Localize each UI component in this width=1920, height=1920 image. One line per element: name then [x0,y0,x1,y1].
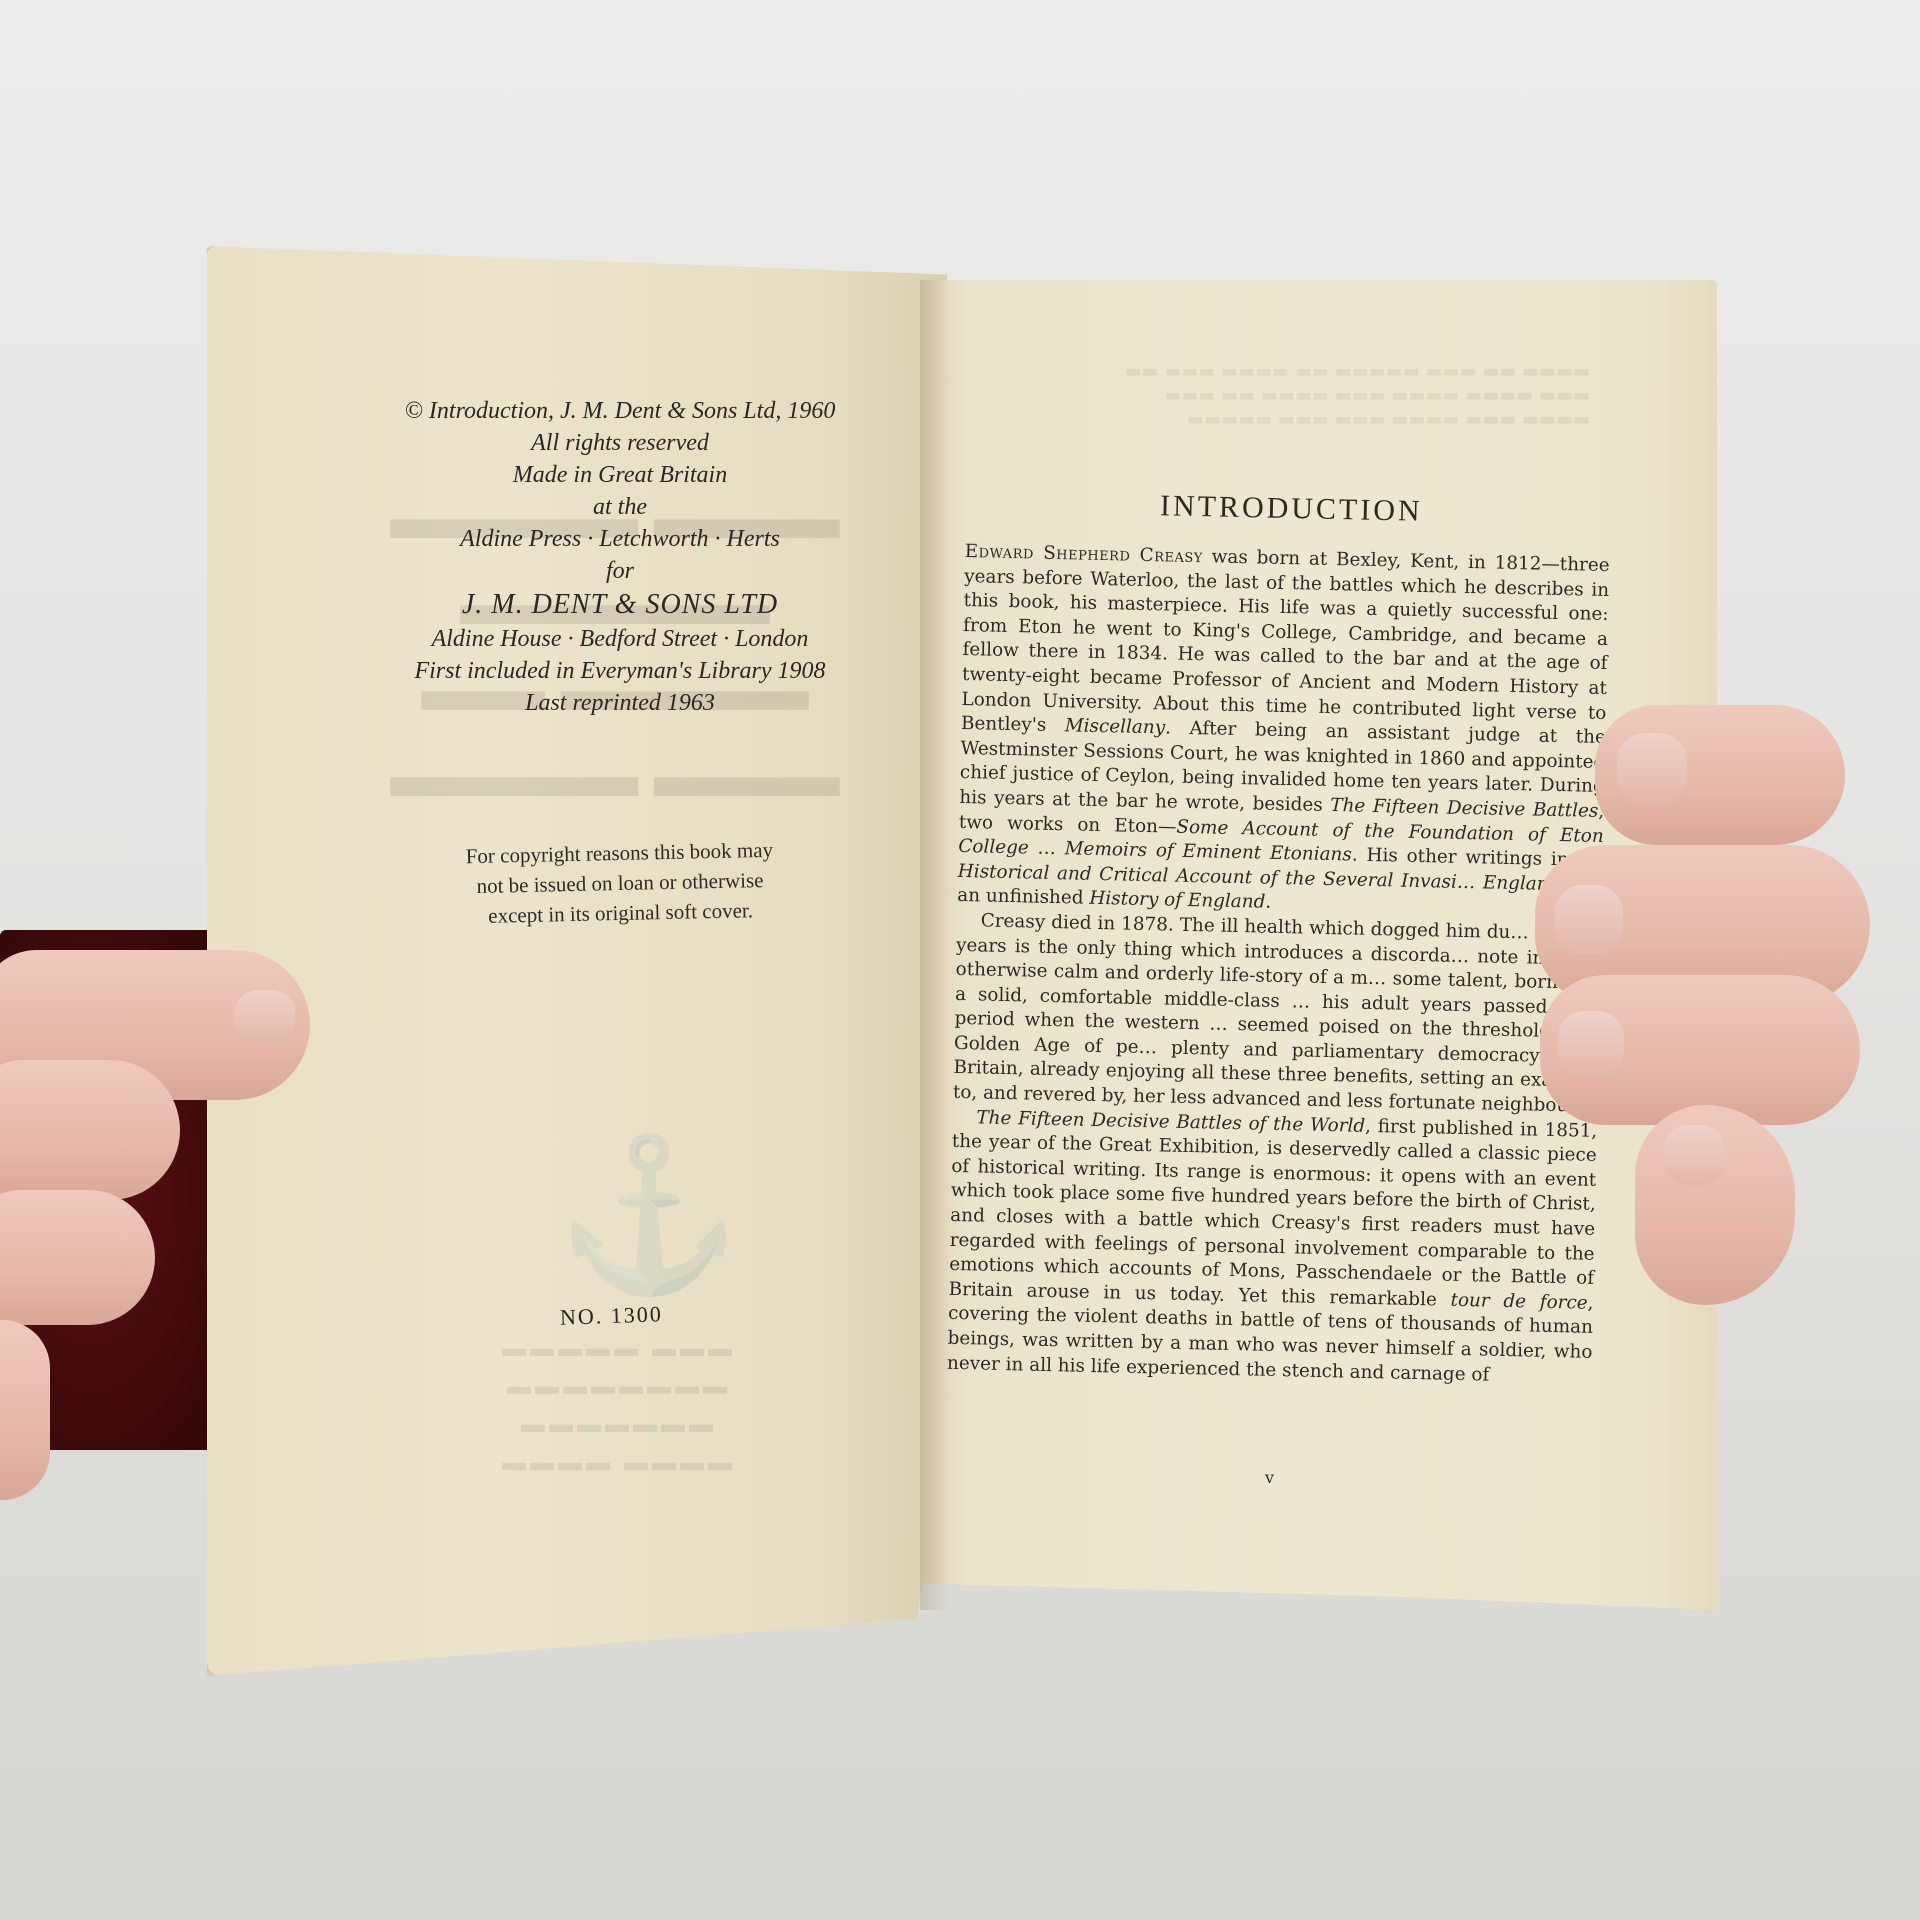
copyright-line: © Introduction, J. M. Dent & Sons Ltd, 1… [360,395,880,427]
copyright-notice: For copyright reasons this book may not … [419,834,821,932]
first-included-line: First included in Everyman's Library 190… [360,655,880,687]
made-in-line: Made in Great Britain [360,459,880,491]
right-finger [1635,1105,1795,1305]
left-finger [0,1190,155,1325]
printer-line: Aldine Press · Letchworth · Herts [360,523,880,555]
right-finger [1595,705,1845,845]
paragraph-2: Creasy died in 1878. The ill health whic… [953,909,1602,1120]
at-the-line: at the [360,491,880,523]
publisher-name: J. M. DENT & SONS LTD [360,589,880,621]
paragraph-1: Edward Shepherd Creasy was born at Bexle… [957,540,1610,923]
bleed-through-text: ▬▬▬▬ ▬▬ ▬▬▬ ▬▬▬▬▬ ▬▬ ▬▬▬▬ ▬▬▬ ▬▬▬▬▬ ▬▬▬▬… [990,360,1590,460]
page-number: v [1265,1468,1274,1487]
left-finger [0,1060,180,1200]
bleed-through-colophon: ▬▬▬ ▬▬▬▬▬▬▬▬▬▬▬▬▬ ▬▬▬▬▬▬▬▬▬▬▬ ▬▬▬▬ [450,1330,780,1482]
series-number: NO. 1300 [560,1301,664,1331]
publisher-address: Aldine House · Bedford Street · London [360,623,880,655]
anchor-icon: ⚓ [555,1135,695,1295]
right-finger [1540,975,1860,1125]
for-line: for [360,555,880,587]
paragraph-3: The Fifteen Decisive Battles of the Worl… [947,1106,1598,1391]
introduction-text: Edward Shepherd Creasy was born at Bexle… [947,540,1610,1390]
last-reprinted-line: Last reprinted 1963 [360,687,880,719]
chapter-heading: INTRODUCTION [1160,489,1423,528]
left-finger [0,1320,50,1500]
author-name: Edward Shepherd Creasy [965,541,1204,567]
book-gutter [920,280,950,1610]
imprint-block: © Introduction, J. M. Dent & Sons Ltd, 1… [360,395,880,719]
rights-line: All rights reserved [360,427,880,459]
